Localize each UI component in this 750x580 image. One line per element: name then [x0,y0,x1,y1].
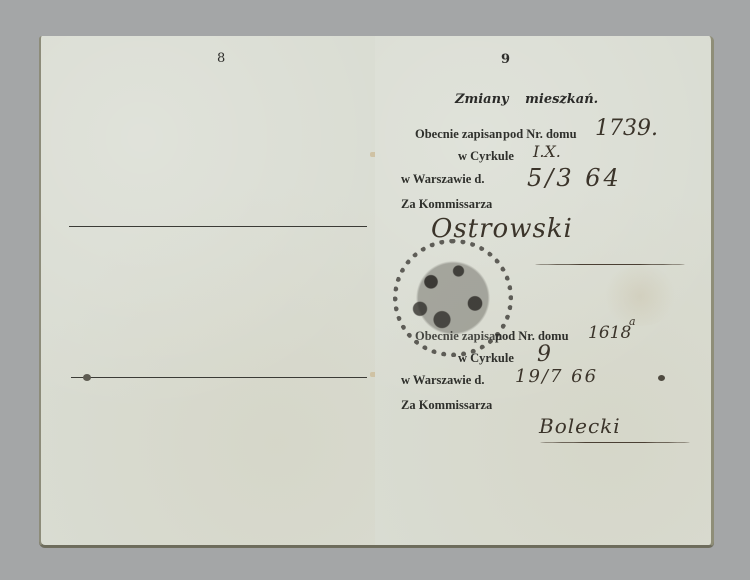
left-page: 8 [39,36,377,547]
label-commissioner: Za Kommissarza [401,398,492,413]
right-page: 9 Zmiany mieszkań. Obecnie zapisan pod N… [375,36,714,547]
faint-stamp [600,266,680,326]
blank-line-1 [69,226,367,227]
page-number-left: 8 [217,51,225,66]
blank-line-2 [71,377,367,378]
signature-flourish [540,442,690,443]
label-registered: Obecnie zapisan [415,127,502,142]
open-booklet: 8 9 Zmiany mieszkań. Obecnie zapisan pod… [39,36,713,545]
date: 5/3 64 [527,164,622,192]
house-number-suffix: a [629,315,636,328]
ink-spot [658,375,665,381]
label-date: w Warszawie d. [401,373,484,388]
page-number-right: 9 [501,52,510,67]
label-district: w Cyrkule [458,149,514,164]
label-date: w Warszawie d. [401,172,484,187]
label-house-number: pod Nr. domu [495,329,569,344]
district: I.X. [533,142,561,161]
section-heading: Zmiany mieszkań. [455,92,598,107]
label-house-number: pod Nr. domu [503,127,577,142]
date: 19/7 66 [515,366,598,387]
district: 9 [537,342,551,367]
ink-blot [83,374,91,381]
label-registered: Obecnie zapisan [415,329,502,344]
label-district: w Cyrkule [458,351,514,366]
label-commissioner: Za Kommissarza [401,197,492,212]
house-number: 1618 [588,323,631,343]
signature-flourish [535,264,685,265]
commissioner-signature: Bolecki [539,414,621,438]
house-number: 1739. [595,116,658,141]
